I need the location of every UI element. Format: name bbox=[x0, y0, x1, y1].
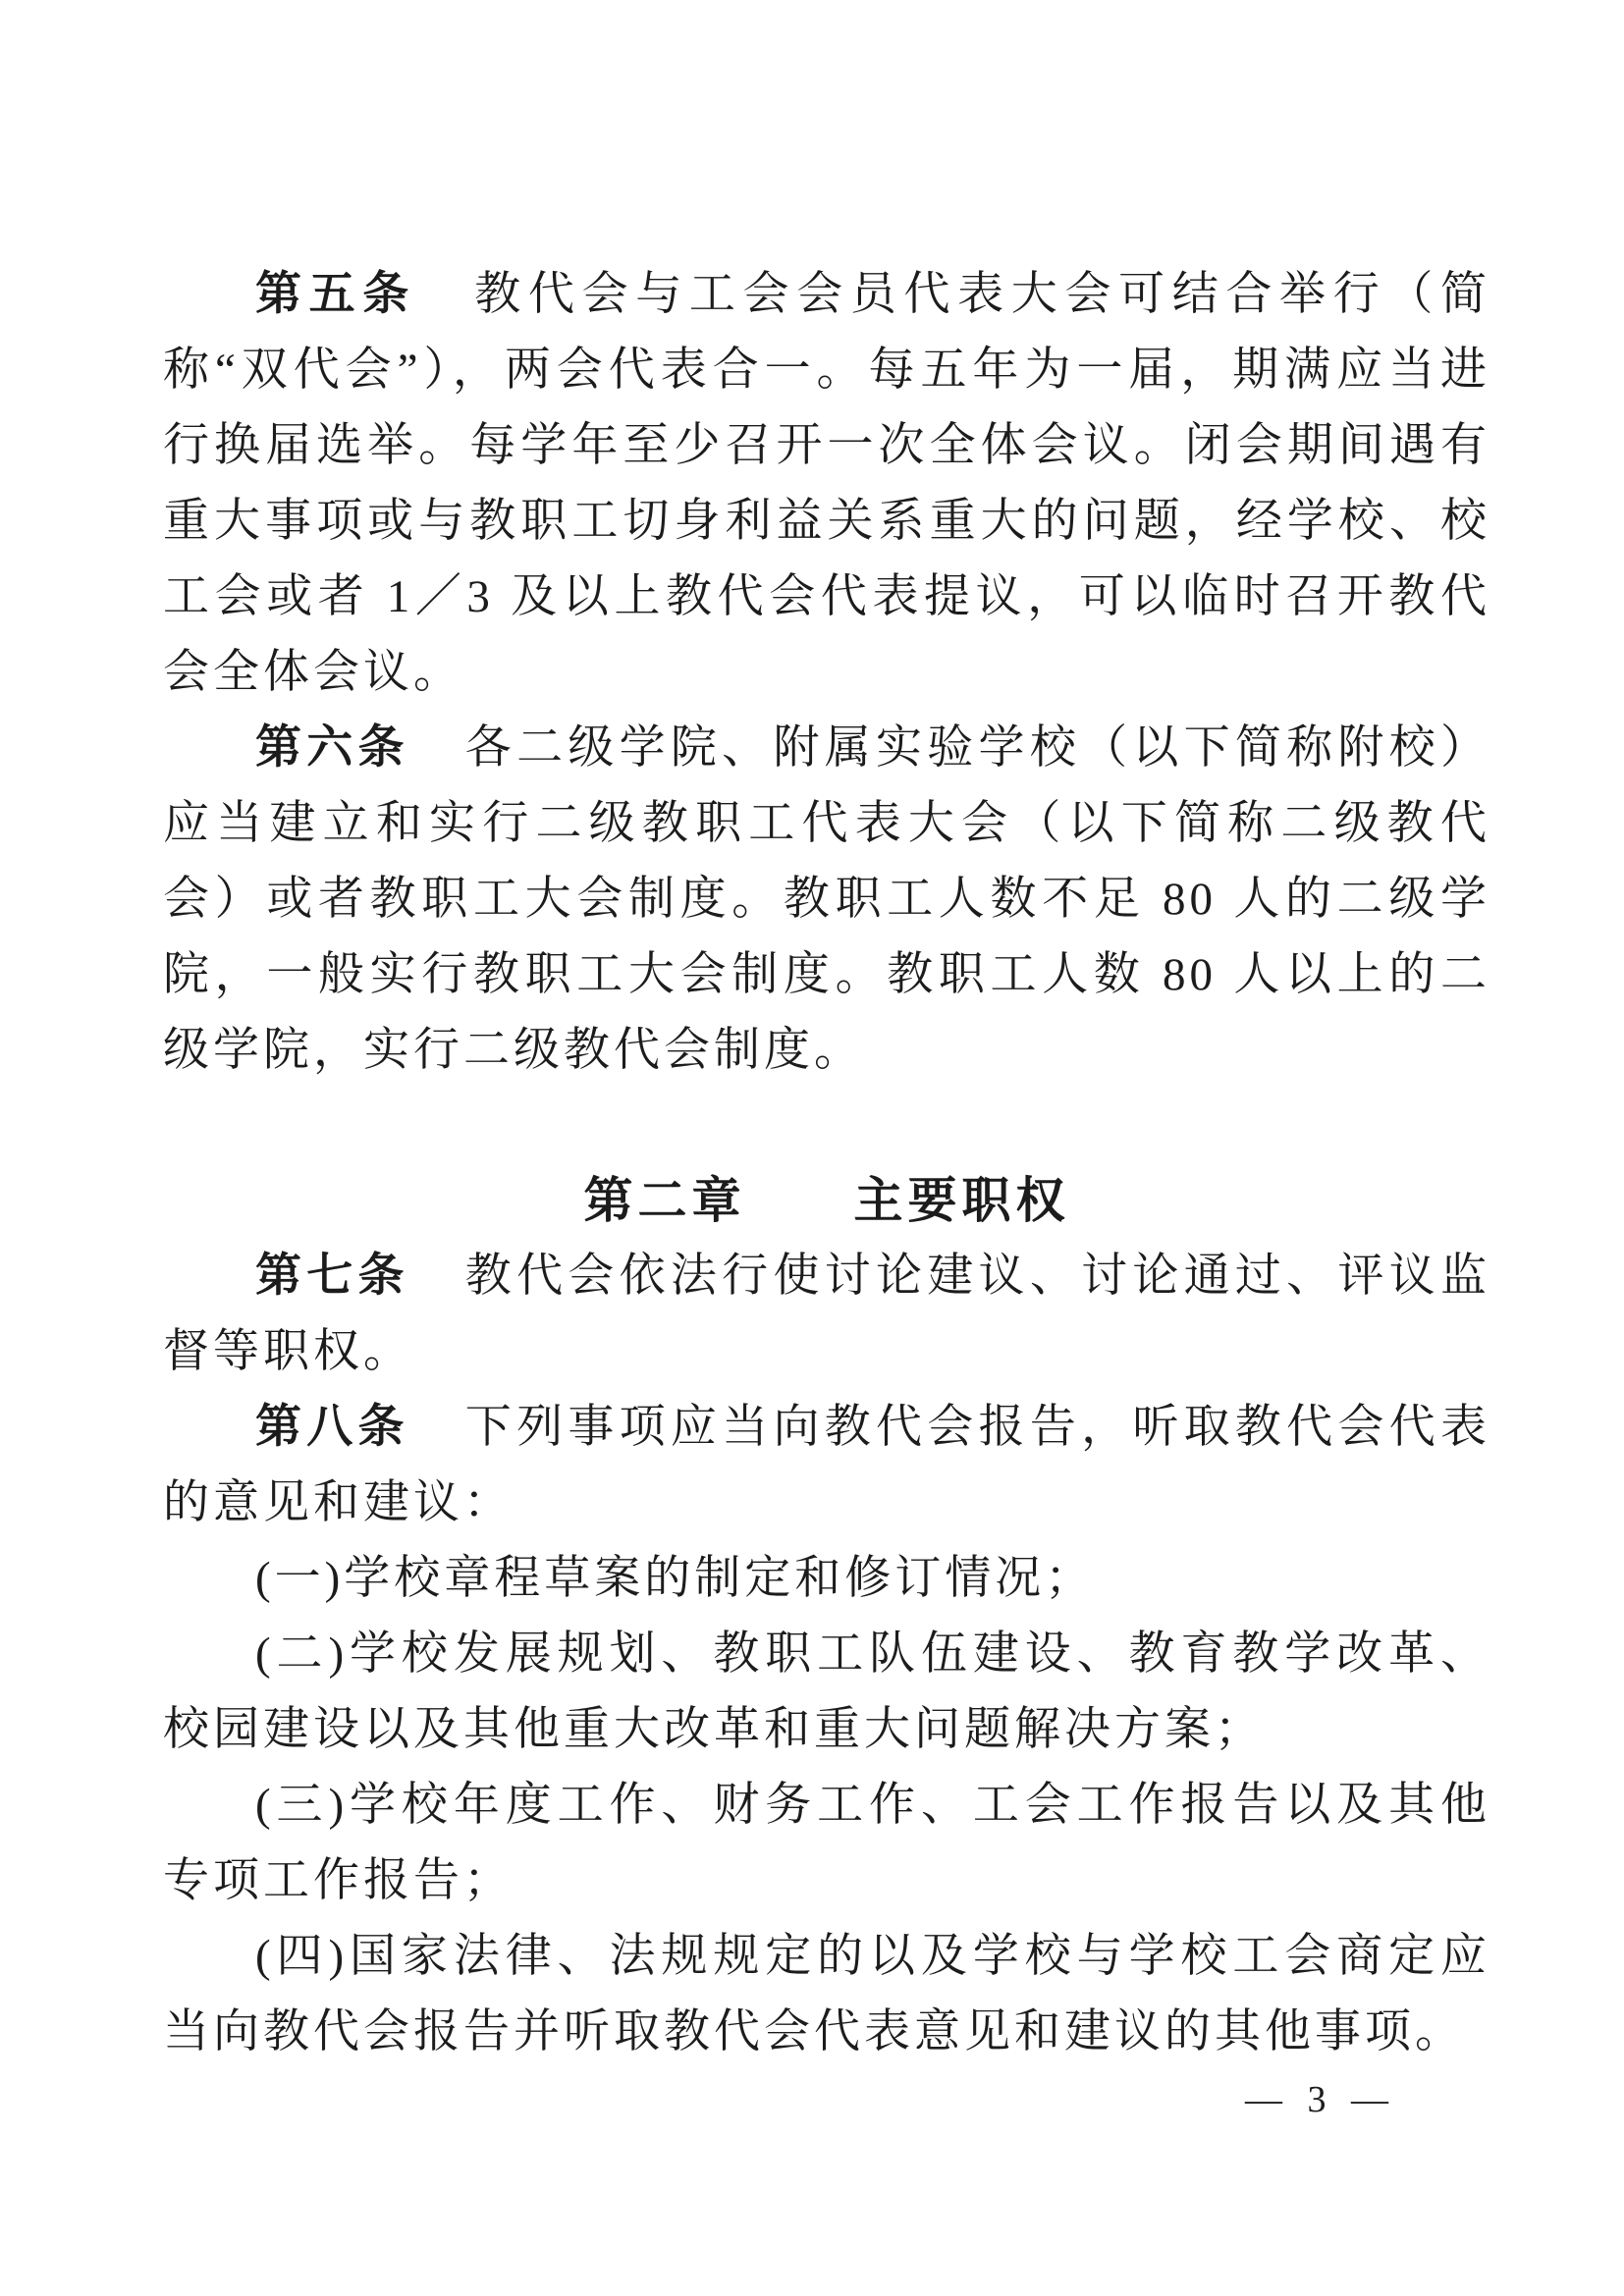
article-6-label: 第六条 bbox=[255, 722, 409, 774]
list-item-3: (三)学校年度工作、财务工作、工会工作报告以及其他专项工作报告； bbox=[163, 1768, 1490, 1919]
article-8-paragraph: 第八条 下列事项应当向教代会报告，听取教代会代表的意见和建议： bbox=[163, 1390, 1490, 1541]
article-8-label: 第八条 bbox=[255, 1402, 409, 1453]
document-body: 第五条 教代会与工会会员代表大会可结合举行（简称“双代会”），两会代表合一。每五… bbox=[163, 257, 1490, 2070]
article-7-paragraph: 第七条 教代会依法行使讨论建议、讨论通过、评议监督等职权。 bbox=[163, 1239, 1490, 1390]
article-6-paragraph: 第六条 各二级学院、附属实验学校（以下简称附校）应当建立和实行二级教职工代表大会… bbox=[163, 711, 1490, 1089]
article-7-label: 第七条 bbox=[255, 1251, 409, 1302]
list-item-1: (一)学校章程草案的制定和修订情况； bbox=[163, 1541, 1490, 1617]
article-5-text: 教代会与工会会员代表大会可结合举行（简称“双代会”），两会代表合一。每五年为一届… bbox=[163, 269, 1490, 698]
document-page: 第五条 教代会与工会会员代表大会可结合举行（简称“双代会”），两会代表合一。每五… bbox=[0, 0, 1624, 2296]
list-item-2: (二)学校发展规划、教职工队伍建设、教育教学改革、校园建设以及其他重大改革和重大… bbox=[163, 1617, 1490, 1768]
chapter-2-heading: 第二章 主要职权 bbox=[163, 1163, 1490, 1239]
list-item-4: (四)国家法律、法规规定的以及学校与学校工会商定应当向教代会报告并听取教代会代表… bbox=[163, 1919, 1490, 2070]
article-5-paragraph: 第五条 教代会与工会会员代表大会可结合举行（简称“双代会”），两会代表合一。每五… bbox=[163, 257, 1490, 711]
article-5-label: 第五条 bbox=[255, 269, 416, 320]
page-number: — 3 — bbox=[1245, 2078, 1396, 2121]
article-6-text: 各二级学院、附属实验学校（以下简称附校）应当建立和实行二级教职工代表大会（以下简… bbox=[163, 722, 1490, 1076]
